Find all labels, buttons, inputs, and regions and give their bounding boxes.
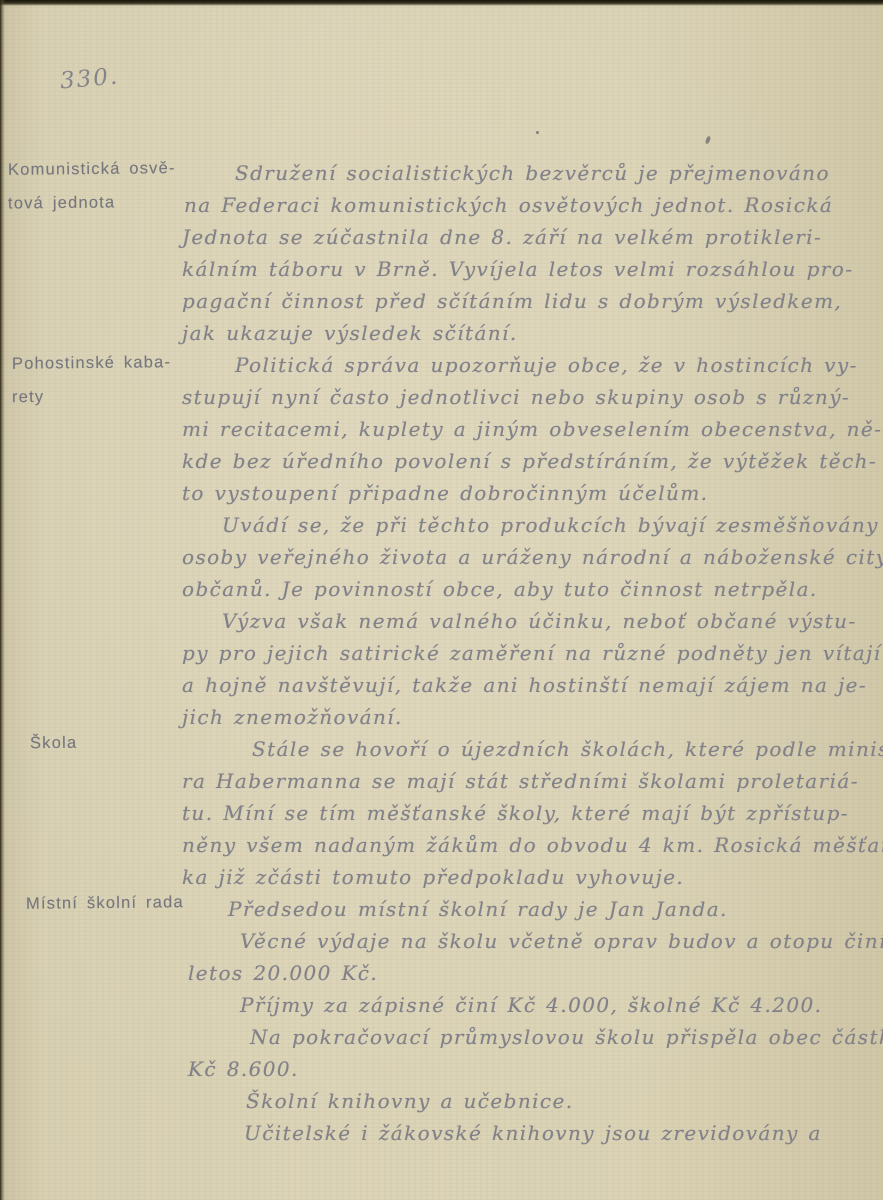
- ink-speck: [536, 131, 539, 134]
- handwriting-line: Školní knihovny a učebnice.: [246, 1088, 574, 1114]
- handwriting-line: ka již zčásti tomuto předpokladu vyhovuj…: [182, 864, 684, 890]
- handwriting-line: stupují nyní často jednotlivci nebo skup…: [182, 384, 850, 410]
- page-number: 330.: [59, 63, 120, 94]
- handwriting-line: něny všem nadaným žákům do obvodu 4 km. …: [182, 832, 883, 858]
- handwriting-line: Na pokračovací průmyslovou školu přispěl…: [250, 1024, 883, 1050]
- handwriting-line: kde bez úředního povolení s předstíráním…: [182, 448, 877, 474]
- margin-heading-line: Pohostinské kaba-: [12, 351, 171, 375]
- handwriting-line: jich znemožňování.: [182, 704, 403, 730]
- handwriting-line: osoby veřejného života a uráženy národní…: [182, 544, 883, 570]
- ink-speck: [705, 136, 712, 145]
- handwriting-line: Stále se hovoří o újezdních školách, kte…: [252, 736, 883, 762]
- handwriting-line: py pro jejich satirické zaměření na různ…: [182, 640, 881, 666]
- handwriting-line: na Federaci komunistických osvětových je…: [184, 192, 833, 218]
- handwriting-line: občanů. Je povinností obce, aby tuto čin…: [182, 576, 818, 602]
- handwriting-line: jak ukazuje výsledek sčítání.: [182, 320, 518, 346]
- handwriting-line: mi recitacemi, kuplety a jiným obveselen…: [182, 416, 882, 442]
- handwriting-line: Výzva však nemá valného účinku, neboť ob…: [222, 608, 857, 634]
- handwriting-line: pagační činnost před sčítáním lidu s dob…: [182, 288, 842, 314]
- handwriting-line: Věcné výdaje na školu včetně oprav budov…: [240, 928, 883, 954]
- handwriting-line: letos 20.000 Kč.: [188, 960, 378, 986]
- handwriting-line: ra Habermanna se mají stát středními ško…: [182, 768, 859, 794]
- margin-heading-line: Místní školní rada: [26, 891, 184, 915]
- handwriting-line: Sdružení socialistických bezvěrců je pře…: [235, 160, 830, 186]
- handwriting-line: tu. Míní se tím měšťanské školy, které m…: [182, 800, 849, 826]
- margin-heading-line: tová jednota: [8, 191, 116, 214]
- handwriting-line: Předsedou místní školní rady je Jan Jand…: [228, 896, 728, 922]
- handwriting-line: kálním táboru v Brně. Vyvíjela letos vel…: [182, 256, 853, 282]
- margin-heading-line: Komunistická osvě-: [8, 157, 176, 181]
- handwriting-line: a hojně navštěvují, takže ani hostinští …: [182, 672, 867, 698]
- handwriting-line: to vystoupení připadne dobročinným účelů…: [182, 480, 708, 506]
- handwriting-line: Jednota se zúčastnila dne 8. září na vel…: [182, 224, 822, 250]
- handwriting-line: Kč 8.600.: [188, 1056, 299, 1082]
- handwriting-line: Učitelské i žákovské knihovny jsou zrevi…: [244, 1120, 822, 1146]
- scan-edge-left: [0, 0, 5, 1200]
- handwriting-line: Uvádí se, že při těchto produkcích bývaj…: [222, 512, 879, 538]
- handwriting-line: Příjmy za zápisné činí Kč 4.000, školné …: [240, 992, 822, 1018]
- margin-heading-line: Škola: [30, 732, 78, 754]
- handwriting-line: Politická správa upozorňuje obce, že v h…: [235, 352, 858, 378]
- scan-edge-top: [0, 0, 883, 6]
- margin-heading-line: rety: [12, 386, 45, 408]
- manuscript-page: 330. Komunistická osvě-tová jednotaPohos…: [0, 0, 883, 1200]
